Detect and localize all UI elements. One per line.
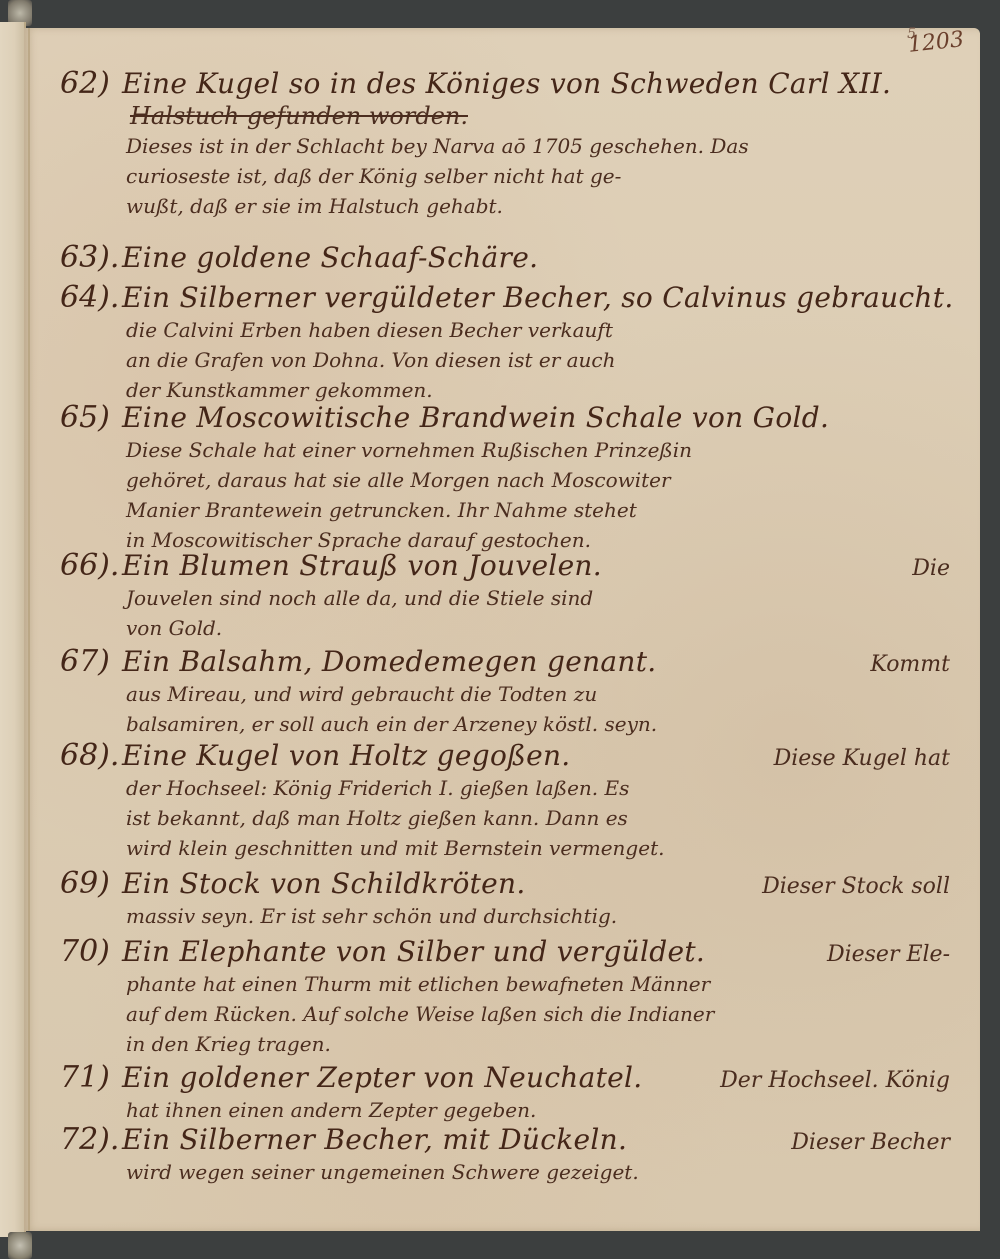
- entry-line: aus Mireau, und wird gebraucht die Todte…: [60, 679, 960, 709]
- entry-line: von Gold.: [60, 613, 960, 643]
- entry-line: wird klein geschnitten und mit Bernstein…: [60, 833, 960, 863]
- entry-title: Ein Silberner Becher, mit Dückeln.: [122, 1123, 627, 1156]
- entry-title: Ein Stock von Schildkröten.: [122, 867, 526, 900]
- entry-line: an die Grafen von Dohna. Von diesen ist …: [60, 345, 960, 375]
- manuscript-page: 5 1203 62) Eine Kugel so in des Königes …: [24, 28, 980, 1231]
- entry-63: 63). Eine goldene Schaaf-Schäre.: [60, 240, 960, 275]
- entry-number: 70): [60, 934, 122, 969]
- entry-line: hat ihnen einen andern Zepter gegeben.: [60, 1095, 960, 1125]
- entry-line: wußt, daß er sie im Halstuch gehabt.: [60, 191, 960, 221]
- entry-note: Diese Kugel hat: [774, 746, 960, 771]
- entry-line: curioseste ist, daß der König selber nic…: [60, 161, 960, 191]
- entry-line: massiv seyn. Er ist sehr schön und durch…: [60, 901, 960, 931]
- folio-number: 1203: [907, 27, 965, 58]
- entry-number: 72).: [60, 1122, 122, 1157]
- entry-note: Die: [912, 556, 960, 581]
- entry-68: 68). Eine Kugel von Holtz gegoßen. Diese…: [60, 738, 960, 863]
- entry-line: wird wegen seiner ungemeinen Schwere gez…: [60, 1157, 960, 1187]
- entry-line: der Hochseel: König Friderich I. gießen …: [60, 773, 960, 803]
- entry-note: Der Hochseel. König: [720, 1068, 960, 1093]
- entry-65: 65) Eine Moscowitische Brandwein Schale …: [60, 400, 960, 555]
- entry-line: Jouvelen sind noch alle da, und die Stie…: [60, 583, 960, 613]
- entry-line: Dieses ist in der Schlacht bey Narva aō …: [60, 131, 960, 161]
- entry-title: Eine Kugel so in des Königes von Schwede…: [122, 67, 891, 100]
- entry-71: 71) Ein goldener Zepter von Neuchatel. D…: [60, 1060, 960, 1125]
- entry-number: 68).: [60, 738, 122, 773]
- entry-70: 70) Ein Elephante von Silber und vergüld…: [60, 934, 960, 1059]
- gutter-line: [28, 28, 30, 1231]
- entry-64: 64). Ein Silberner vergüldeter Becher, s…: [60, 280, 960, 405]
- entry-line: Diese Schale hat einer vornehmen Rußisch…: [60, 435, 960, 465]
- entry-line: in den Krieg tragen.: [60, 1029, 960, 1059]
- entry-title: Ein Balsahm, Domedemegen genant.: [122, 645, 656, 678]
- entry-title-continued: Halstuch gefunden worden.: [60, 101, 960, 131]
- entry-number: 64).: [60, 280, 122, 315]
- binding-clip-bottom: [8, 1232, 32, 1259]
- entry-number: 65): [60, 400, 122, 435]
- entry-69: 69) Ein Stock von Schildkröten. Dieser S…: [60, 866, 960, 931]
- entry-line: gehöret, daraus hat sie alle Morgen nach…: [60, 465, 960, 495]
- entry-title: Eine goldene Schaaf-Schäre.: [122, 241, 538, 274]
- entry-line: ist bekannt, daß man Holtz gießen kann. …: [60, 803, 960, 833]
- entry-number: 62): [60, 66, 122, 101]
- entry-line: auf dem Rücken. Auf solche Weise laßen s…: [60, 999, 960, 1029]
- entry-number: 63).: [60, 240, 122, 275]
- entry-title: Ein Silberner vergüldeter Becher, so Cal…: [122, 281, 954, 314]
- entry-67: 67) Ein Balsahm, Domedemegen genant. Kom…: [60, 644, 960, 739]
- entry-number: 66).: [60, 548, 122, 583]
- entry-line: die Calvini Erben haben diesen Becher ve…: [60, 315, 960, 345]
- entry-title: Ein Blumen Strauß von Jouvelen.: [122, 549, 602, 582]
- entry-title: Ein goldener Zepter von Neuchatel.: [122, 1061, 643, 1094]
- entry-line: Manier Brantewein getruncken. Ihr Nahme …: [60, 495, 960, 525]
- entry-number: 67): [60, 644, 122, 679]
- entry-66: 66). Ein Blumen Strauß von Jouvelen. Die…: [60, 548, 960, 643]
- entry-note: Dieser Becher: [791, 1130, 960, 1155]
- entry-62: 62) Eine Kugel so in des Königes von Sch…: [60, 66, 960, 221]
- entry-note: Kommt: [870, 652, 960, 677]
- entry-72: 72). Ein Silberner Becher, mit Dückeln. …: [60, 1122, 960, 1187]
- left-page-edge: [0, 22, 26, 1237]
- entry-note: Dieser Stock soll: [762, 874, 960, 899]
- entry-title: Eine Moscowitische Brandwein Schale von …: [122, 401, 829, 434]
- manuscript-scan: 5 1203 62) Eine Kugel so in des Königes …: [0, 0, 1000, 1259]
- entry-line: phante hat einen Thurm mit etlichen bewa…: [60, 969, 960, 999]
- entry-note: Dieser Ele-: [827, 942, 960, 967]
- entry-line: balsamiren, er soll auch ein der Arzeney…: [60, 709, 960, 739]
- entry-number: 69): [60, 866, 122, 901]
- entry-title: Ein Elephante von Silber und vergüldet.: [122, 935, 705, 968]
- entry-title: Eine Kugel von Holtz gegoßen.: [122, 739, 571, 772]
- entry-number: 71): [60, 1060, 122, 1095]
